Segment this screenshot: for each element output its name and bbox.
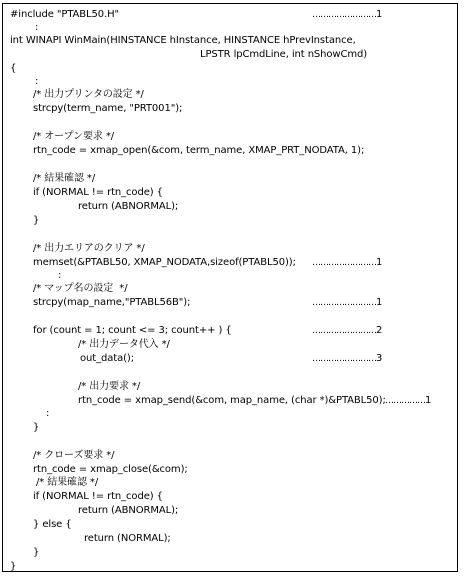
reference-number: 1 [425,395,431,406]
code-line: if (NORMAL != rtn_code) { [33,187,163,199]
reference-number: 1 [376,257,382,268]
reference-number: 2 [376,325,382,336]
code-line: int WINAPI WinMain(HINSTANCE hInstance, … [10,35,356,47]
reference-number: 1 [376,9,382,20]
leader-dots: …………………… [312,354,376,364]
reference-marker: ……………………1 [312,9,382,21]
leader-dots: …………………… [312,10,376,20]
code-line: : [35,76,38,88]
code-line: : [58,270,61,282]
code-line: return (NORMAL); [84,533,171,545]
code-line: /* クローズ要求 */ [33,450,114,462]
leader-dots: …………………… [312,258,376,268]
code-line: /* 出力データ代入 */ [78,339,170,351]
code-line: } [33,422,39,434]
reference-number: 3 [376,353,382,364]
code-line: return (ABNORMAL); [78,201,178,213]
code-line: } [33,215,39,227]
leader-dots: …………………… [312,326,376,336]
code-line: LPSTR lpCmdLine, int nShowCmd) [200,49,367,61]
code-line: /* 出力プリンタの設定 */ [33,89,144,101]
code-line: } else { [33,519,72,531]
leader-dots: …………………… [312,298,376,308]
code-line: #include "PTABL50.H" [10,9,119,21]
code-line: /* 結果確認 */ [36,477,98,489]
code-line: /* 出力エリアのクリア */ [33,243,145,255]
code-line: out_data(); [80,353,134,365]
code-line: return (ABNORMAL); [78,505,178,517]
reference-marker: ……………………2 [312,325,382,337]
code-line: strcpy(map_name,"PTABL56B"); [33,297,190,309]
reference-marker: ……………………3 [312,353,382,365]
reference-marker: ……………………1 [312,257,382,269]
code-line: rtn_code = xmap_send(&com, map_name, (ch… [78,395,386,407]
code-line: } [10,561,16,573]
leader-dots: …………… [385,396,425,406]
code-line: { [10,63,16,75]
code-line: /* 結果確認 */ [33,173,95,185]
code-line: : [46,408,49,420]
code-line: if (NORMAL != rtn_code) { [33,491,163,503]
reference-marker: ……………1 [385,395,431,407]
code-line: rtn_code = xmap_open(&com, term_name, XM… [33,145,364,157]
code-line: /* オープン要求 */ [33,131,114,143]
reference-number: 1 [376,297,382,308]
code-line: strcpy(term_name, "PRT001"); [33,103,182,115]
code-line: for (count = 1; count <= 3; count++ ) { [33,325,232,337]
code-line: rtn_code = xmap_close(&com); [33,464,188,476]
code-line: : [35,22,38,34]
reference-marker: ……………………1 [312,297,382,309]
code-line: /* 出力要求 */ [78,381,140,393]
code-line: } [33,547,39,559]
code-line: memset(&PTABL50, XMAP_NODATA,sizeof(PTAB… [33,257,296,269]
code-line: /* マップ名の設定 */ [33,283,127,295]
